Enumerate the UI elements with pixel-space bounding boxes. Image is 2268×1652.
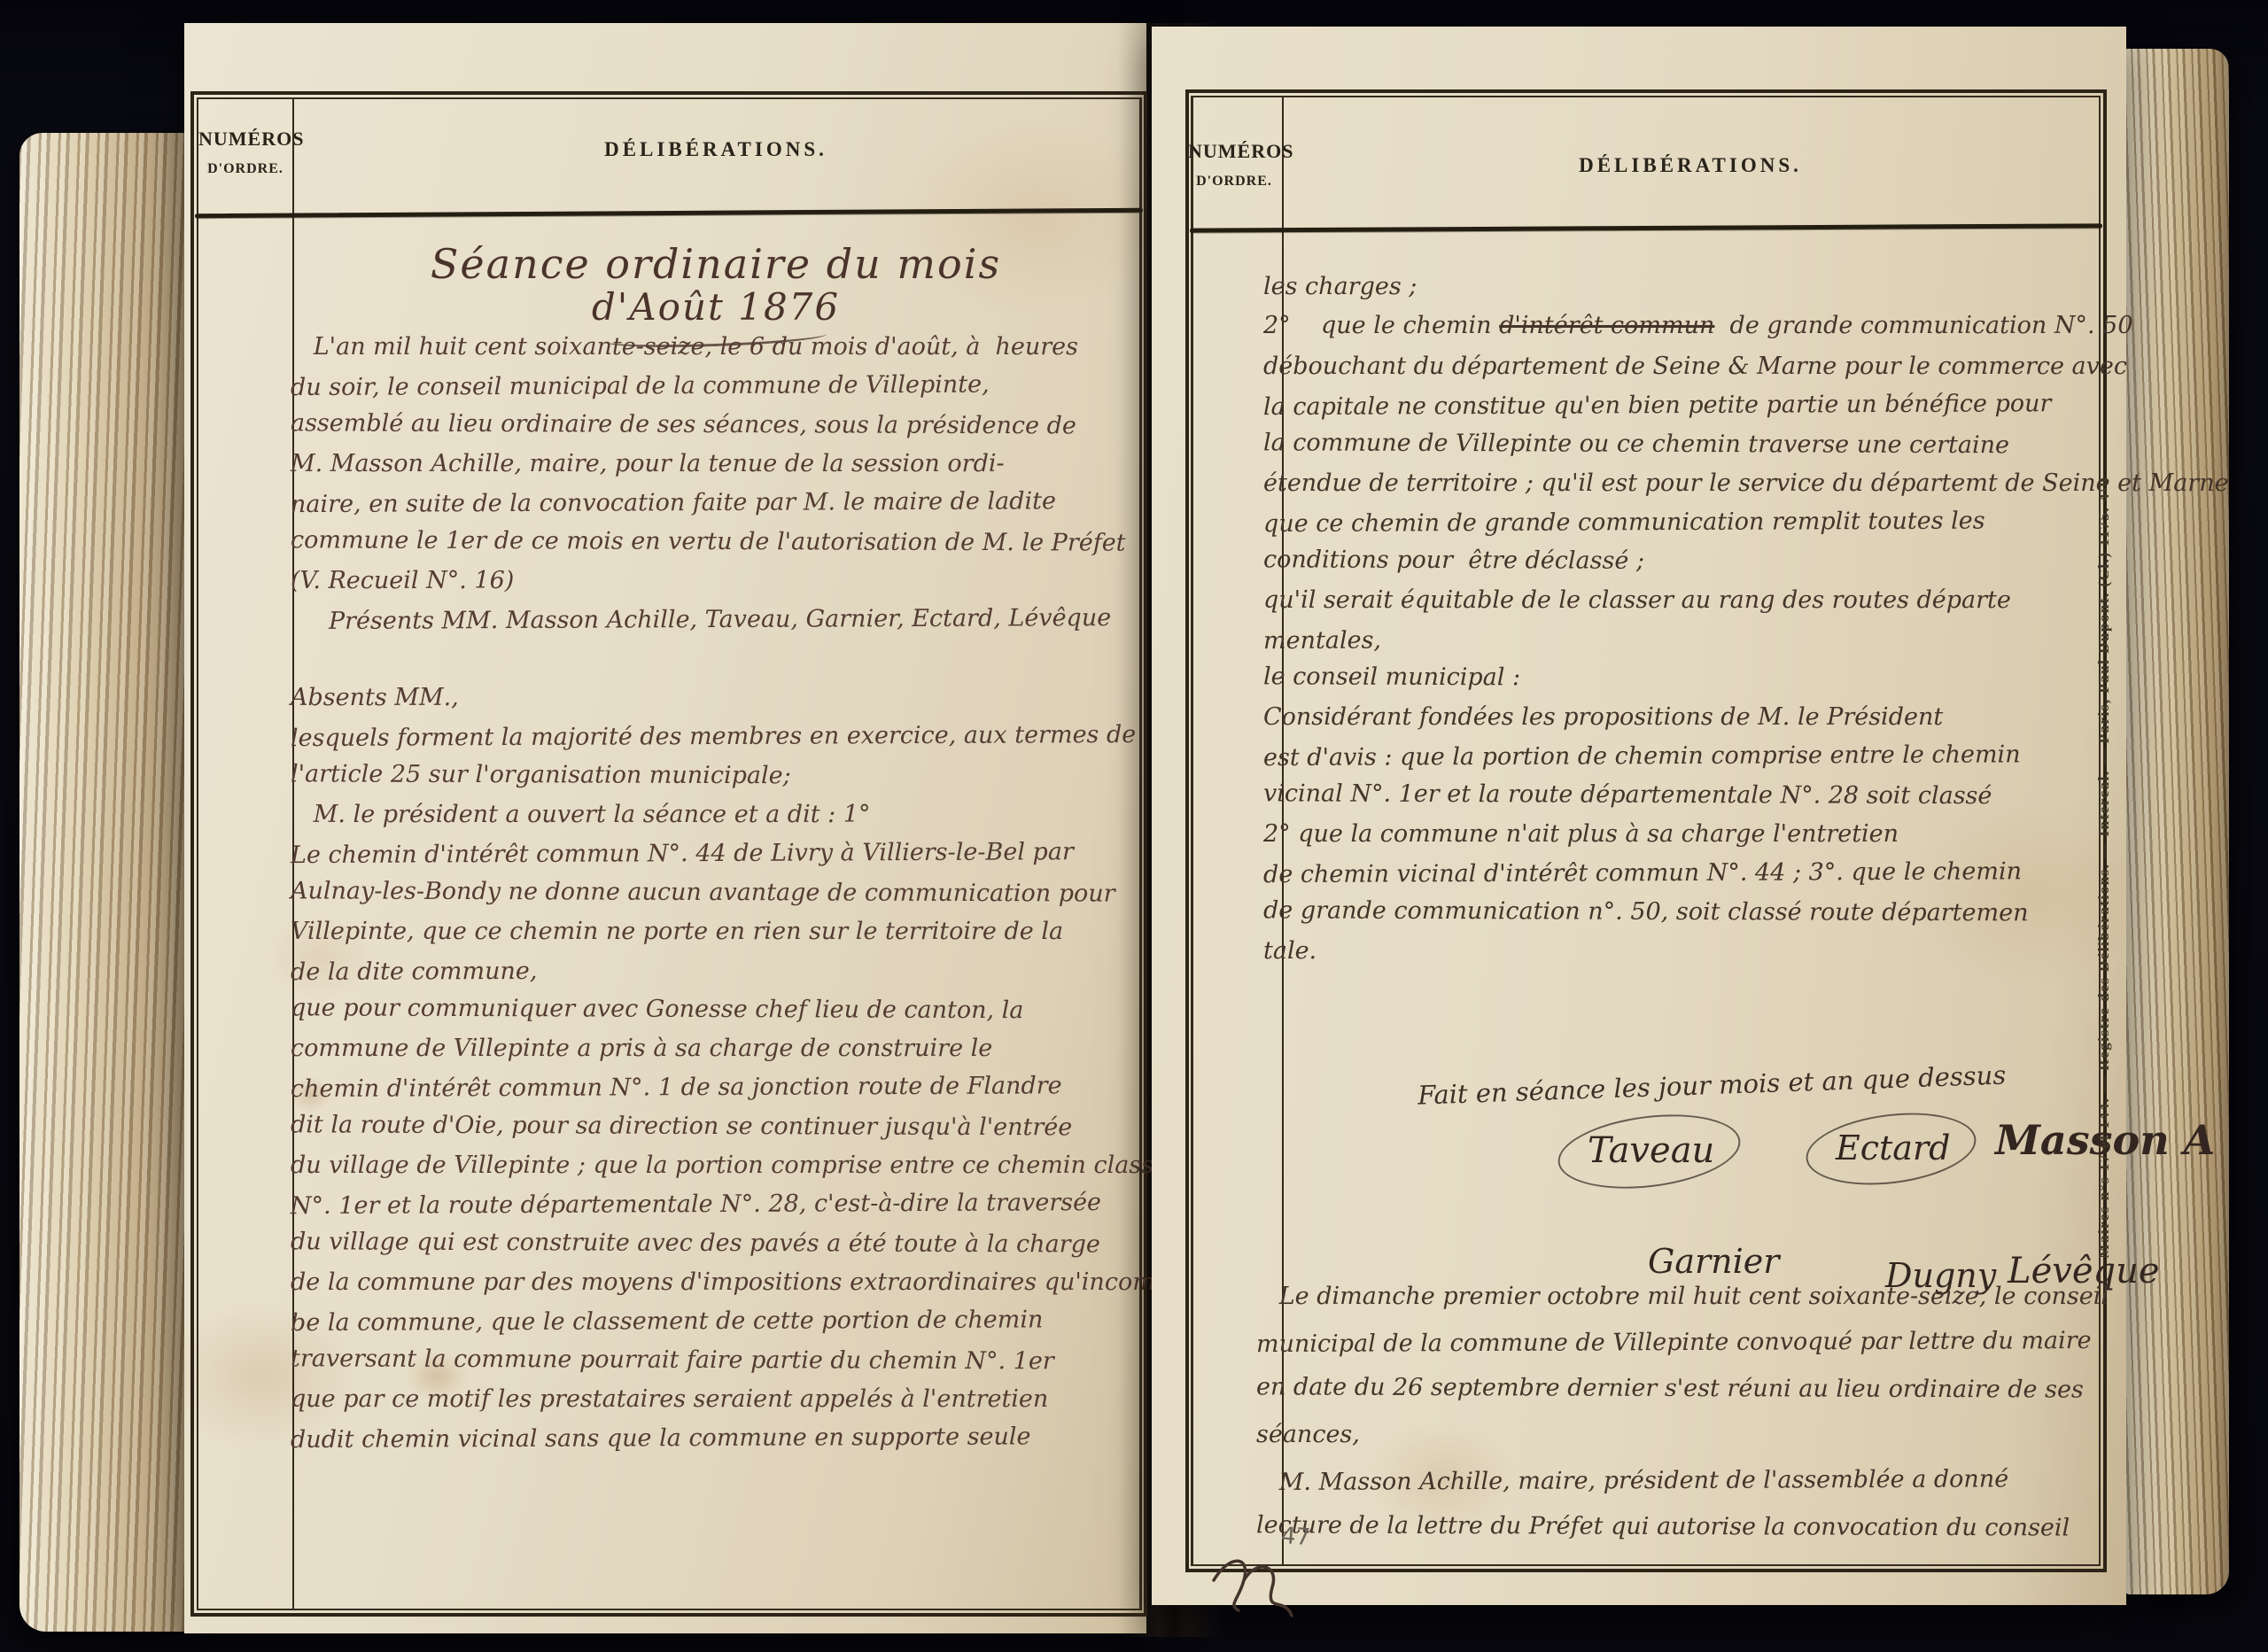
book-page-edges-left	[19, 133, 190, 1632]
manuscript-line-amended: 2° que le chemin d'intérêt commun de gra…	[1263, 306, 2114, 345]
register-page-left: NUMÉROS D'ORDRE. DÉLIBÉRATIONS. Séance o…	[184, 23, 1146, 1633]
manuscript-line: assemblé au lieu ordinaire de ses séance…	[291, 404, 1141, 446]
manuscript-line: du village de Villepinte ; que la portio…	[291, 1146, 1141, 1185]
manuscript-line: de chemin vicinal d'intérêt commun N°. 4…	[1263, 852, 2114, 895]
manuscript-line: municipal de la commune de Villepinte co…	[1256, 1318, 2107, 1368]
dordre-label: D'ORDRE.	[198, 161, 292, 177]
manuscript-line: M. le président a ouvert la séance et a …	[291, 795, 1141, 834]
manuscript-line: dudit chemin vicinal sans que la commune…	[291, 1417, 1141, 1460]
manuscript-line: Le chemin d'intérêt commun N°. 44 de Liv…	[291, 833, 1141, 875]
manuscript-line: est d'avis : que la portion de chemin co…	[1263, 735, 2114, 778]
manuscript-line: L'an mil huit cent soixante-seize, le 6 …	[291, 328, 1141, 367]
manuscript-line: du soir, le conseil municipal de la comm…	[291, 365, 1141, 407]
printer-imprint-text: Maires n°s 17 et 144. — Registre des Dél…	[2095, 477, 2113, 1259]
register-page-right: NUMÉROS D'ORDRE. DÉLIBÉRATIONS. les char…	[1152, 27, 2126, 1605]
book-page-edges-right	[2124, 49, 2229, 1594]
manuscript-line: Considérant fondées les propositions de …	[1263, 698, 2114, 737]
manuscript-line: Aulnay-les-Bondy ne donne aucun avantage…	[291, 872, 1141, 913]
manuscript-line: chemin d'intérêt commun N°. 1 de sa jonc…	[291, 1066, 1141, 1109]
manuscript-line: traversant la commune pourrait faire par…	[291, 1339, 1141, 1381]
manuscript-line: mentales,	[1263, 618, 2114, 661]
ink-squiggle-mark	[1203, 1543, 1309, 1632]
manuscript-line: lesquels forment la majorité des membres…	[291, 716, 1141, 758]
manuscript-line: que par ce motif les prestataires seraie…	[291, 1380, 1141, 1419]
manuscript-line: que pour communiquer avec Gonesse chef l…	[291, 989, 1141, 1030]
manuscript-line: l'article 25 sur l'organisation municipa…	[291, 755, 1141, 796]
manuscript-line: conditions pour être déclassé ;	[1263, 540, 2114, 582]
photo-background: NUMÉROS D'ORDRE. DÉLIBÉRATIONS. Séance o…	[0, 0, 2268, 1652]
manuscript-line: du village qui est construite avec des p…	[291, 1222, 1141, 1264]
amended-post: de grande communication N°. 50	[1714, 312, 2132, 339]
numeros-dordre-header: NUMÉROS D'ORDRE.	[1188, 140, 1280, 190]
manuscript-line: N°. 1er et la route départementale N°. 2…	[291, 1183, 1141, 1226]
manuscript-line: be la commune, que le classement de cett…	[291, 1300, 1141, 1343]
manuscript-line: M. Masson Achille, maire, président de l…	[1256, 1456, 2107, 1506]
manuscript-line: qu'il serait équitable de le classer au …	[1263, 581, 2114, 620]
manuscript-line: vicinal N°. 1er et la route départementa…	[1263, 774, 2114, 816]
manuscript-line: les charges ;	[1263, 268, 2096, 306]
manuscript-line: la commune de Villepinte ou ce chemin tr…	[1263, 423, 2114, 465]
manuscript-line: débouchant du département de Seine & Mar…	[1263, 347, 2114, 386]
deliberations-header: DÉLIBÉRATIONS.	[292, 138, 1139, 161]
manuscript-line: Le dimanche premier octobre mil huit cen…	[1256, 1274, 2107, 1320]
manuscript-line: Présents MM. Masson Achille, Taveau, Gar…	[291, 599, 1141, 641]
manuscript-line: (V. Recueil N°. 16)	[291, 562, 1141, 601]
struck-words: d'intérêt commun	[1499, 312, 1714, 339]
manuscript-line: commune de Villepinte a pris à sa charge…	[291, 1029, 1141, 1068]
manuscript-line: séances,	[1256, 1412, 2107, 1458]
manuscript-text-right-top: les charges ;	[1263, 268, 2096, 306]
amended-pre: 2° que le chemin	[1263, 312, 1499, 339]
manuscript-line	[291, 638, 1141, 679]
manuscript-line: tale.	[1263, 932, 2114, 971]
deliberations-header: DÉLIBÉRATIONS.	[1282, 154, 2099, 177]
manuscript-line: de la commune par des moyens d'impositio…	[291, 1263, 1141, 1302]
manuscript-line: Absents MM.,	[291, 679, 1141, 717]
manuscript-line: que ce chemin de grande communication re…	[1263, 501, 2114, 544]
header-rule	[195, 208, 1143, 219]
manuscript-line: de la dite commune,	[291, 950, 1141, 992]
header-rule	[1190, 223, 2102, 232]
manuscript-text-right-body: débouchant du département de Seine & Mar…	[1263, 347, 2114, 971]
manuscript-text-left: L'an mil huit cent soixante-seize, le 6 …	[291, 328, 1141, 1458]
session-title-line1: Séance ordinaire du mois	[317, 241, 1115, 287]
manuscript-line: M. Masson Achille, maire, pour la tenue …	[291, 445, 1141, 484]
manuscript-text-right-bottom: Le dimanche premier octobre mil huit cen…	[1256, 1274, 2107, 1550]
manuscript-line: de grande communication n°. 50, soit cla…	[1263, 891, 2114, 933]
manuscript-line: Villepinte, que ce chemin ne porte en ri…	[291, 912, 1141, 951]
manuscript-line: en date du 26 septembre dernier s'est ré…	[1256, 1364, 2107, 1413]
numeros-label: NUMÉROS	[1188, 140, 1280, 163]
session-title-line2: d'Août 1876	[317, 287, 1115, 328]
manuscript-line: étendue de territoire ; qu'il est pour l…	[1263, 464, 2114, 503]
dordre-label: D'ORDRE.	[1188, 174, 1280, 190]
manuscript-line: la capitale ne constitue qu'en bien peti…	[1263, 384, 2114, 427]
signature-ectard: Ectard	[1836, 1128, 1950, 1167]
printer-imprint-vertical: Maires n°s 17 et 144. — Registre des Dél…	[2084, 151, 2124, 1586]
signature-taveau: Taveau	[1588, 1130, 1714, 1171]
manuscript-line: dit la route d'Oie, pour sa direction se…	[291, 1105, 1141, 1147]
manuscript-line: le conseil municipal :	[1263, 657, 2114, 699]
numeros-label: NUMÉROS	[198, 128, 292, 151]
numeros-dordre-header: NUMÉROS D'ORDRE.	[198, 128, 292, 177]
manuscript-line: commune le 1er de ce mois en vertu de l'…	[291, 521, 1141, 562]
manuscript-line: lecture de la lettre du Préfet qui autor…	[1256, 1502, 2107, 1551]
manuscript-line: 2° que la commune n'ait plus à sa charge…	[1263, 815, 2114, 854]
manuscript-line: naire, en suite de la convocation faite …	[291, 482, 1141, 524]
